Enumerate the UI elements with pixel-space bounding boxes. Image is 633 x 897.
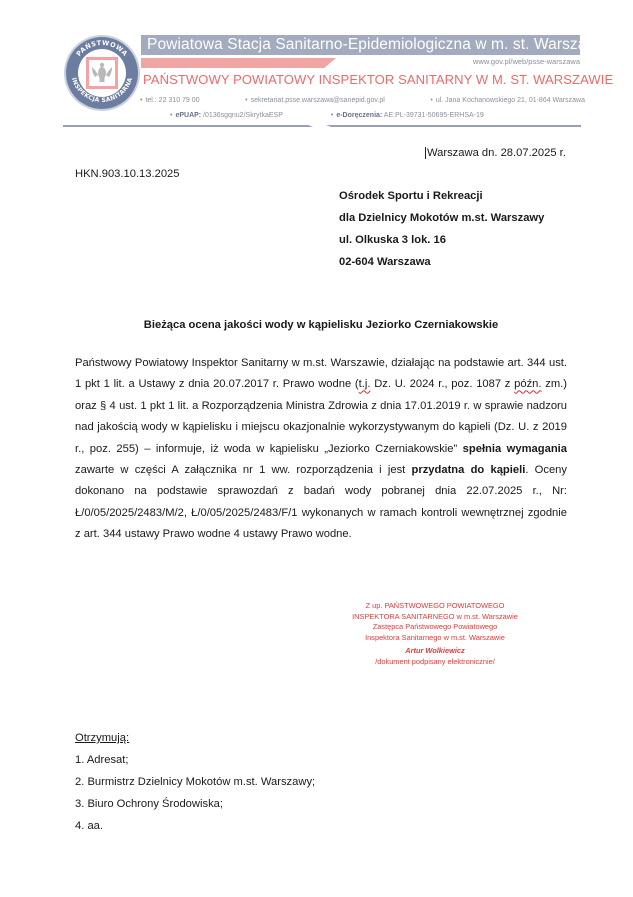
accent-band (141, 58, 336, 68)
e-doreczenia: •e-Doręczenia: AE:PL-39731-50695-ERHSA-1… (331, 112, 484, 119)
place-date: Warszawa dn. 28.07.2025 r. (425, 147, 566, 159)
bullet-icon: • (245, 97, 247, 104)
emphasis-meets-requirements: spełnia wymagania (463, 443, 567, 455)
recipient-line: 02-604 Warszawa (339, 256, 431, 268)
letter-body: Państwowy Powiatowy Inspektor Sanitarny … (75, 353, 567, 546)
signature-note: /dokument podpisany elektronicznie/ (320, 657, 550, 668)
email[interactable]: •sekretariat.psse.warszawa@sanepid.gov.p… (245, 97, 385, 104)
recipient-line: dla Dzielnicy Mokotów m.st. Warszawy (339, 212, 544, 224)
recipient-item: 2. Burmistrz Dzielnicy Mokotów m.st. War… (75, 776, 315, 788)
institution-name: Powiatowa Stacja Sanitarno-Epidemiologic… (141, 35, 580, 55)
inspection-logo: PAŃSTWOWA INSPEKCJA SANITARNA (62, 33, 142, 113)
recipient-line: ul. Olkuska 3 lok. 16 (339, 234, 446, 246)
contact-line: •tel.: 22 310 79 00 •sekretariat.psse.wa… (140, 97, 585, 104)
bullet-icon: • (170, 112, 172, 119)
signature-line: Zastępca Państwowego Powiatowego (320, 622, 550, 633)
epuap: •ePUAP: /0136sgqnu2/SkrytkaESP (170, 112, 283, 119)
recipients-heading: Otrzymują: (75, 732, 129, 744)
phone: •tel.: 22 310 79 00 (140, 97, 200, 104)
bullet-icon: • (430, 97, 432, 104)
signature-block: Z up. PAŃSTWOWEGO POWIATOWEGO INSPEKTORA… (320, 601, 550, 668)
address: •ul. Jana Kochanowskiego 21, 01-864 Wars… (430, 97, 585, 104)
spellcheck-word: t.j. (359, 378, 371, 390)
signature-line: Z up. PAŃSTWOWEGO POWIATOWEGO (320, 601, 550, 612)
signature-line: Inspektora Sanitarnego w m.st. Warszawie (320, 633, 550, 644)
bullet-icon: • (331, 112, 333, 119)
header-divider-left (63, 125, 313, 127)
signatory-name: Artur Wolkiewicz (320, 646, 550, 657)
reference-number: HKN.903.10.13.2025 (75, 168, 180, 180)
recipient-line: Ośrodek Sportu i Rekreacji (339, 190, 483, 202)
header-divider-right (326, 125, 581, 127)
recipient-item: 3. Biuro Ochrony Środowiska; (75, 798, 223, 810)
website-link[interactable]: www.gov.pl/web/psse-warszawa (380, 57, 580, 66)
contact-line-2: •ePUAP: /0136sgqnu2/SkrytkaESP •e-Doręcz… (170, 112, 530, 119)
bullet-icon: • (140, 97, 142, 104)
spellcheck-word: późn. (514, 378, 541, 390)
recipient-item: 4. aa. (75, 820, 103, 832)
recipient-item: 1. Adresat; (75, 754, 128, 766)
emphasis-suitable-for-bathing: przydatna do kąpieli (412, 464, 526, 476)
letter-subject: Bieżąca ocena jakości wody w kąpielisku … (75, 319, 567, 331)
sanitary-inspection-emblem-icon: PAŃSTWOWA INSPEKCJA SANITARNA (62, 33, 142, 113)
inspector-title: PAŃSTWOWY POWIATOWY INSPEKTOR SANITARNY … (143, 72, 583, 87)
signature-line: INSPEKTORA SANITARNEGO w m.st. Warszawie (320, 612, 550, 623)
